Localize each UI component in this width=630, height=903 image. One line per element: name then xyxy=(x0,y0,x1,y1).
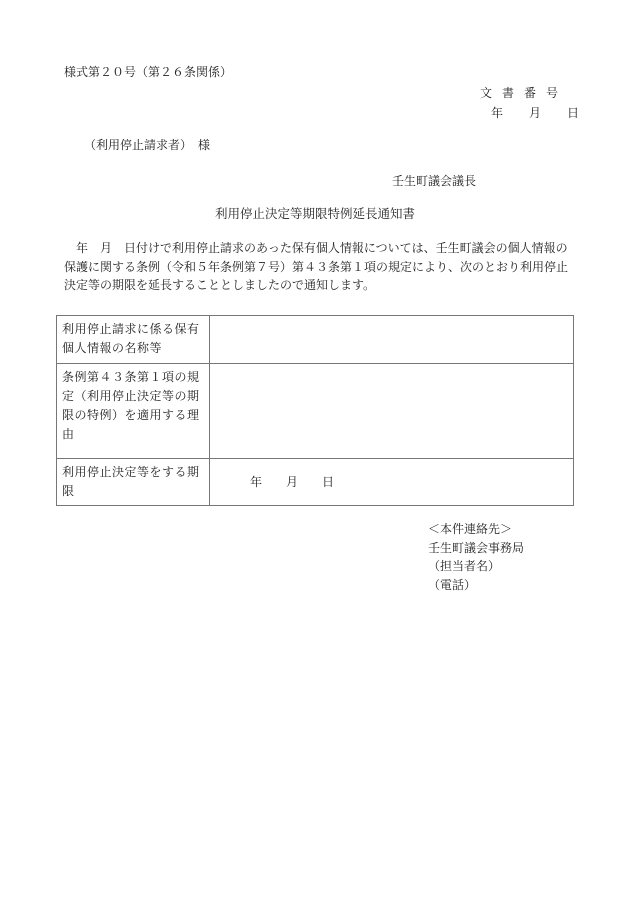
form-number: 様式第２０号（第２６条関係） xyxy=(64,65,232,80)
document-title: 利用停止決定等期限特例延長通知書 xyxy=(0,206,630,221)
contact-block: ＜本件連絡先＞ 壬生町議会事務局 （担当者名） （電話） xyxy=(428,520,524,594)
body-text: 年 月 日付けで利用停止請求のあった保有個人情報については、壬生町議会の個人情報… xyxy=(64,239,576,295)
table-row: 利用停止決定等をする期限 年 月 日 xyxy=(57,459,574,506)
contact-person: （担当者名） xyxy=(428,557,524,576)
contact-phone: （電話） xyxy=(428,576,524,595)
sender: 壬生町議会議長 xyxy=(392,174,476,189)
row-label: 利用停止請求に係る保有個人情報の名称等 xyxy=(57,316,210,364)
row-label: 条例第４３条第１項の規定（利用停止決定等の期限の特例）を適用する理由 xyxy=(57,364,210,459)
document-number-label: 文書番号 xyxy=(480,86,568,101)
info-table: 利用停止請求に係る保有個人情報の名称等 条例第４３条第１項の規定（利用停止決定等… xyxy=(56,315,574,506)
contact-heading: ＜本件連絡先＞ xyxy=(428,520,524,539)
contact-office: 壬生町議会事務局 xyxy=(428,539,524,558)
row-value-deadline: 年 月 日 xyxy=(210,459,574,506)
issue-date: 年月日 xyxy=(491,106,579,121)
date-day: 日 xyxy=(567,106,579,121)
table-row: 利用停止請求に係る保有個人情報の名称等 xyxy=(57,316,574,364)
row-label: 利用停止決定等をする期限 xyxy=(57,459,210,506)
addressee: （利用停止請求者） 様 xyxy=(84,138,210,153)
date-year: 年 xyxy=(491,106,529,121)
date-month: 月 xyxy=(529,106,567,121)
table-row: 条例第４３条第１項の規定（利用停止決定等の期限の特例）を適用する理由 xyxy=(57,364,574,459)
row-value xyxy=(210,316,574,364)
row-value xyxy=(210,364,574,459)
